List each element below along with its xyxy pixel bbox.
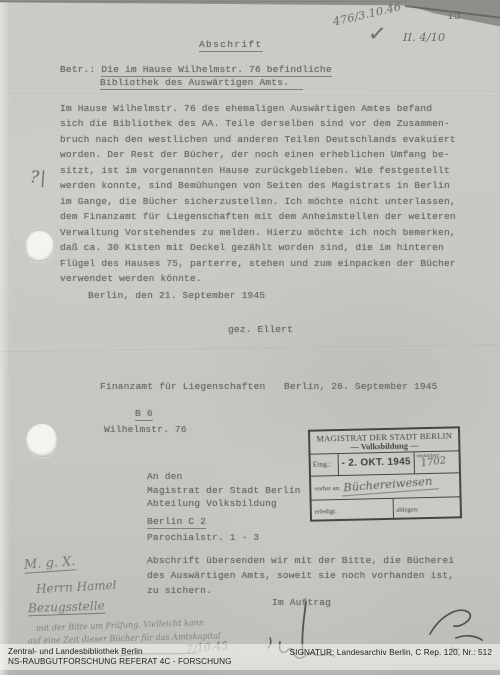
stamp-routing-row: vorher an: Büchereiwesen [311, 473, 460, 500]
text-line: sich die Bibliothek des AA. Teile dersel… [60, 116, 456, 131]
text-line: verwendet werden könnte. [60, 271, 456, 286]
document-heading: Abschrift [199, 39, 263, 50]
subject-line-2: Bibliothek des Auswärtigen Amts. [100, 77, 303, 88]
stamp-registered-cell: registriert: 1702 [415, 451, 459, 473]
recipient-city-text: Berlin C 2 [147, 516, 206, 529]
text-line: bruch nach den westlichen und anderen Te… [60, 132, 456, 147]
top-edge-line [0, 1, 406, 2]
text-line: Abteilung Volksbildung [147, 497, 301, 511]
handwritten-page-number: 15 [447, 9, 461, 22]
subject-prefix: Betr.: [60, 64, 101, 75]
checkmark-annotation: ✓ [367, 21, 388, 48]
ref-code-text: B 6 [135, 408, 153, 421]
stamp-file-label: ablegen: [392, 497, 460, 518]
sender-street: Wilhelmstr. 76 [104, 424, 187, 435]
recipient-city: Berlin C 2 [147, 516, 206, 527]
text-line: Verwaltung Vorstehendes zu melden. Hierz… [60, 225, 456, 240]
handwritten-note-3: Bezugsstelle [28, 599, 105, 617]
receipt-stamp: MAGISTRAT DER STADT BERLIN — Volksbildun… [308, 426, 462, 521]
punch-hole [26, 424, 57, 457]
stamp-received-label: Eing.: [311, 454, 339, 476]
stamp-bottom-row: erledigt. ablegen: [312, 497, 460, 519]
handwritten-file-reference: II. 4/10 [403, 30, 445, 44]
text-line: An den [147, 470, 301, 484]
recipient-address: An denMagistrat der Stadt BerlinAbteilun… [147, 470, 301, 511]
text-line: des Auswärtigen Amts, soweit sie noch vo… [147, 568, 454, 583]
institution-line-2: NS-RAUBGUTFORSCHUNG REFERAT 4C - FORSCHU… [8, 657, 232, 667]
letter2-message: Abschrift übersenden wir mit der Bitte, … [147, 553, 454, 599]
recipient-street: Parochialstr. 1 - 3 [147, 532, 259, 543]
letter-body: Im Hause Wilhelmstr. 76 des ehemaligen A… [60, 101, 456, 286]
reference-code: B 6 [135, 408, 153, 419]
heading-text: Abschrift [199, 39, 263, 52]
text-line: daß ca. 30 Kisten mit Deckel gezählt wor… [60, 240, 456, 255]
archive-signature-ref: SIGNATUR: Landesarchiv Berlin, C Rep. 12… [290, 647, 492, 670]
text-line: im Gange, die Bücher sicherzustellen. Ic… [60, 194, 456, 209]
text-line: Im Hause Wilhelmstr. 76 des ehemaligen A… [60, 101, 456, 116]
text-line: dem Finanzamt für Liegenschaften mit dem… [60, 209, 456, 224]
text-line: worden. Der Rest der Bücher, der noch ei… [60, 147, 456, 162]
letter1-signature: gez. Ellert [228, 324, 293, 335]
archive-institution: Zentral- und Landesbibliothek Berlin NS-… [8, 647, 232, 670]
text-line: Magistrat der Stadt Berlin [147, 484, 301, 498]
stamp-registered-number: 1702 [420, 455, 447, 469]
stamp-routing-label: vorher an: [314, 485, 340, 493]
subject-text-1: Die im Hause Wilhelmstr. 76 befindliche [101, 64, 331, 77]
letter2-dateline: Berlin, 26. September 1945 [284, 381, 438, 392]
file-ref-rest: . 4/10 [412, 30, 445, 44]
text-line: Flügel des Hauses 75, parterre, stehen u… [60, 256, 456, 271]
text-line: werden konnte, sind Bemühungen von Seite… [60, 178, 456, 193]
subject-line: Betr.: Die im Hause Wilhelmstr. 76 befin… [60, 64, 332, 75]
stamp-received-date: - 2. OKT. 1945 [339, 452, 415, 475]
margin-mark: ?| [29, 167, 47, 188]
sender-name: Finanzamt für Liegenschaften [100, 381, 265, 392]
subject-text-2: Bibliothek des Auswärtigen Amts. [100, 77, 303, 90]
stamp-routing-value: Büchereiwesen [341, 473, 439, 496]
stamp-box: MAGISTRAT DER STADT BERLIN — Volksbildun… [308, 426, 462, 521]
file-ref-roman: II [403, 30, 412, 44]
letter1-dateline: Berlin, den 21. September 1945 [88, 290, 265, 301]
stamp-done-label: erledigt. [312, 499, 393, 520]
institution-line-1: Zentral- und Landesbibliothek Berlin [8, 647, 232, 657]
stamp-header: MAGISTRAT DER STADT BERLIN — Volksbildun… [310, 428, 458, 454]
text-line: sitzt, ist im vorgenannten Hause zurückg… [60, 163, 456, 178]
archive-footer-bar: Zentral- und Landesbibliothek Berlin NS-… [0, 644, 500, 670]
scanned-document-page: 476/3.10.46 15 ✓ II. 4/10 ?| Abschrift B… [0, 0, 500, 675]
text-line: Abschrift übersenden wir mit der Bitte, … [147, 553, 454, 568]
